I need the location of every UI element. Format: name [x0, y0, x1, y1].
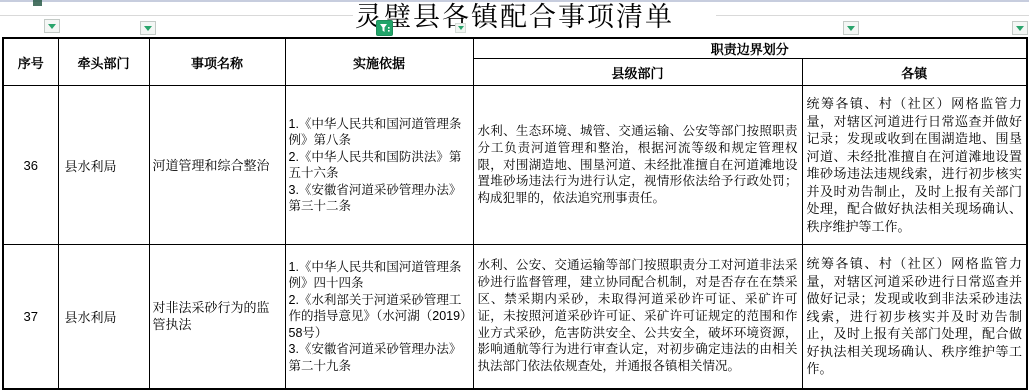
cell-row36-item[interactable]: 河道管理和综合整治: [149, 86, 285, 245]
table-row: 37 县水利局 对非法采砂行为的监管执法 1.《中华人民共和国河道管理条例》四十…: [3, 245, 1027, 389]
header-cell-county-dept[interactable]: 县级部门: [473, 59, 802, 86]
cell-row37-dept[interactable]: 县水利局: [58, 245, 149, 389]
header-cell-towns[interactable]: 各镇: [802, 59, 1027, 86]
filter-dropdown-button-title[interactable]: [455, 23, 466, 33]
header-cell-basis[interactable]: 实施依据: [285, 38, 473, 86]
cell-row37-no[interactable]: 37: [3, 245, 58, 389]
cell-row37-towns[interactable]: 统筹各镇、村（社区）网格监管力量，对辖区河道采砂进行日常巡查并做好记录；发现或收…: [802, 245, 1027, 389]
cell-row36-no[interactable]: 36: [3, 86, 58, 245]
funnel-filter-icon: [379, 23, 390, 34]
header-cell-no[interactable]: 序号: [3, 38, 58, 86]
filter-dropdown-button-col2[interactable]: [140, 21, 156, 35]
filter-dropdown-button-col5[interactable]: [843, 21, 859, 35]
spreadsheet-view: 灵璧县各镇配合事项清单 序号 牵头部门 事项名称 实施依据 职责边界划分: [0, 0, 1029, 392]
table-row: 36 县水利局 河道管理和综合整治 1.《中华人民共和国河道管理条例》第八条 2…: [3, 86, 1027, 245]
cell-row37-basis[interactable]: 1.《中华人民共和国河道管理条例》四十四条 2.《水利部关于河道采砂管理工作的指…: [285, 245, 473, 389]
cell-row36-county[interactable]: 水利、生态环境、城管、交通运输、公安等部门按照职责分工负责河道管理和整治，根据河…: [473, 86, 802, 245]
active-filter-button[interactable]: [376, 20, 393, 36]
cell-row37-county[interactable]: 水利、公安、交通运输等部门按照职责分工对河道非法采砂进行监督管理，建立协同配合机…: [473, 245, 802, 389]
chevron-down-icon: [458, 26, 464, 30]
chevron-down-icon: [847, 26, 855, 31]
header-cell-duty-group[interactable]: 职责边界划分: [473, 38, 1027, 59]
chevron-down-icon: [1016, 26, 1024, 31]
cell-row36-towns[interactable]: 统筹各镇、村（社区）网格监管力量，对辖区河道进行日常巡查并做好记录；发现或收到在…: [802, 86, 1027, 245]
header-cell-item-name[interactable]: 事项名称: [149, 38, 285, 86]
filter-dropdown-button-col6[interactable]: [1012, 21, 1028, 35]
cell-row37-item[interactable]: 对非法采砂行为的监管执法: [149, 245, 285, 389]
matters-table: 序号 牵头部门 事项名称 实施依据 职责边界划分 县级部门 各镇 36 县水利局…: [2, 37, 1028, 390]
chevron-down-icon: [48, 24, 56, 29]
cell-row36-dept[interactable]: 县水利局: [58, 86, 149, 245]
cell-row36-basis[interactable]: 1.《中华人民共和国河道管理条例》第八条 2.《中华人民共和国防洪法》第五十六条…: [285, 86, 473, 245]
chevron-down-icon: [144, 26, 152, 31]
header-cell-lead-dept[interactable]: 牵头部门: [58, 38, 149, 86]
filter-dropdown-button-col1[interactable]: [44, 19, 60, 33]
